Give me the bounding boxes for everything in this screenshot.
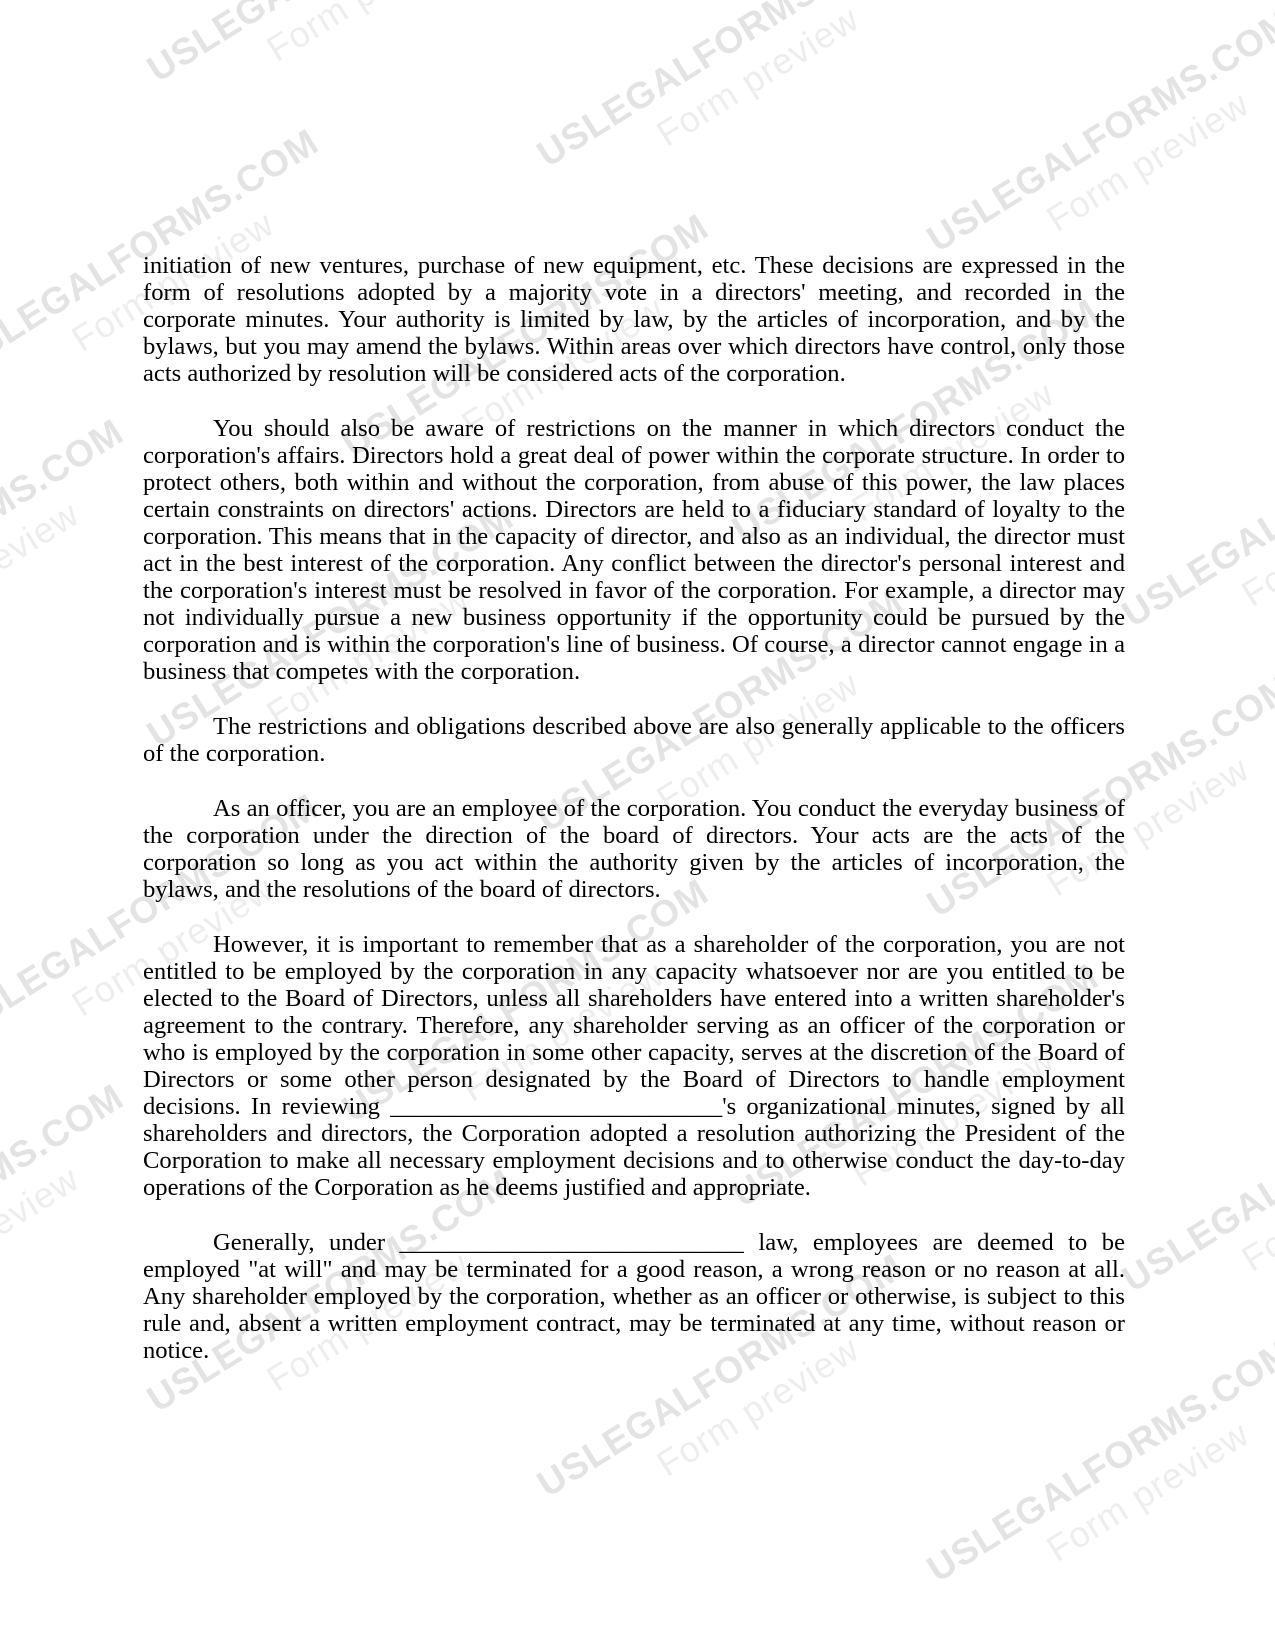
watermark-preview-text: Form preview: [649, 0, 935, 155]
watermark-unit: USLEGALFORMS.COMForm preview: [0, 1076, 155, 1375]
watermark-unit: USLEGALFORMS.COMForm preview: [140, 0, 545, 130]
watermark-unit: USLEGALFORMS.COMForm preview: [1115, 376, 1275, 675]
watermark-brand-text: USLEGALFORMS.COM: [0, 1076, 131, 1336]
watermark-preview-text: Form preview: [1039, 40, 1275, 240]
watermark-preview-text: Form preview: [0, 450, 155, 650]
paragraph-3: The restrictions and obligations describ…: [143, 713, 1125, 767]
watermark-unit: USLEGALFORMS.COMForm preview: [1115, 1041, 1275, 1340]
watermark-brand-text: USLEGALFORMS.COM: [1115, 376, 1275, 636]
watermark-unit: USLEGALFORMS.COMForm preview: [0, 411, 155, 710]
document-body: initiation of new ventures, purchase of …: [143, 252, 1125, 1364]
paragraph-4: As an officer, you are an employee of th…: [143, 795, 1125, 903]
watermark-unit: USLEGALFORMS.COMForm preview: [920, 1331, 1275, 1630]
watermark-unit: USLEGALFORMS.COMForm preview: [530, 0, 935, 215]
watermark-brand-text: USLEGALFORMS.COM: [920, 1331, 1275, 1591]
watermark-brand-text: USLEGALFORMS.COM: [0, 411, 131, 671]
watermark-brand-text: USLEGALFORMS.COM: [530, 0, 911, 176]
watermark-preview-text: Form preview: [0, 1115, 155, 1315]
watermark-preview-text: Form preview: [1039, 1370, 1275, 1570]
watermark-brand-text: USLEGALFORMS.COM: [920, 1, 1275, 261]
watermark-unit: USLEGALFORMS.COMForm preview: [0, 0, 155, 45]
document-page: USLEGALFORMS.COMForm previewUSLEGALFORMS…: [0, 0, 1275, 1650]
watermark-brand-text: USLEGALFORMS.COM: [140, 0, 521, 91]
watermark-preview-text: Form preview: [1234, 415, 1275, 615]
watermark-brand-text: USLEGALFORMS.COM: [1115, 1041, 1275, 1301]
paragraph-2: You should also be aware of restrictions…: [143, 415, 1125, 685]
paragraph-1: initiation of new ventures, purchase of …: [143, 252, 1125, 387]
watermark-preview-text: Form preview: [259, 0, 545, 70]
watermark-preview-text: Form preview: [1234, 1080, 1275, 1280]
watermark-brand-text: USLEGALFORMS.COM: [0, 0, 131, 6]
paragraph-6: Generally, under _______________________…: [143, 1229, 1125, 1364]
paragraph-5: However, it is important to remember tha…: [143, 931, 1125, 1201]
